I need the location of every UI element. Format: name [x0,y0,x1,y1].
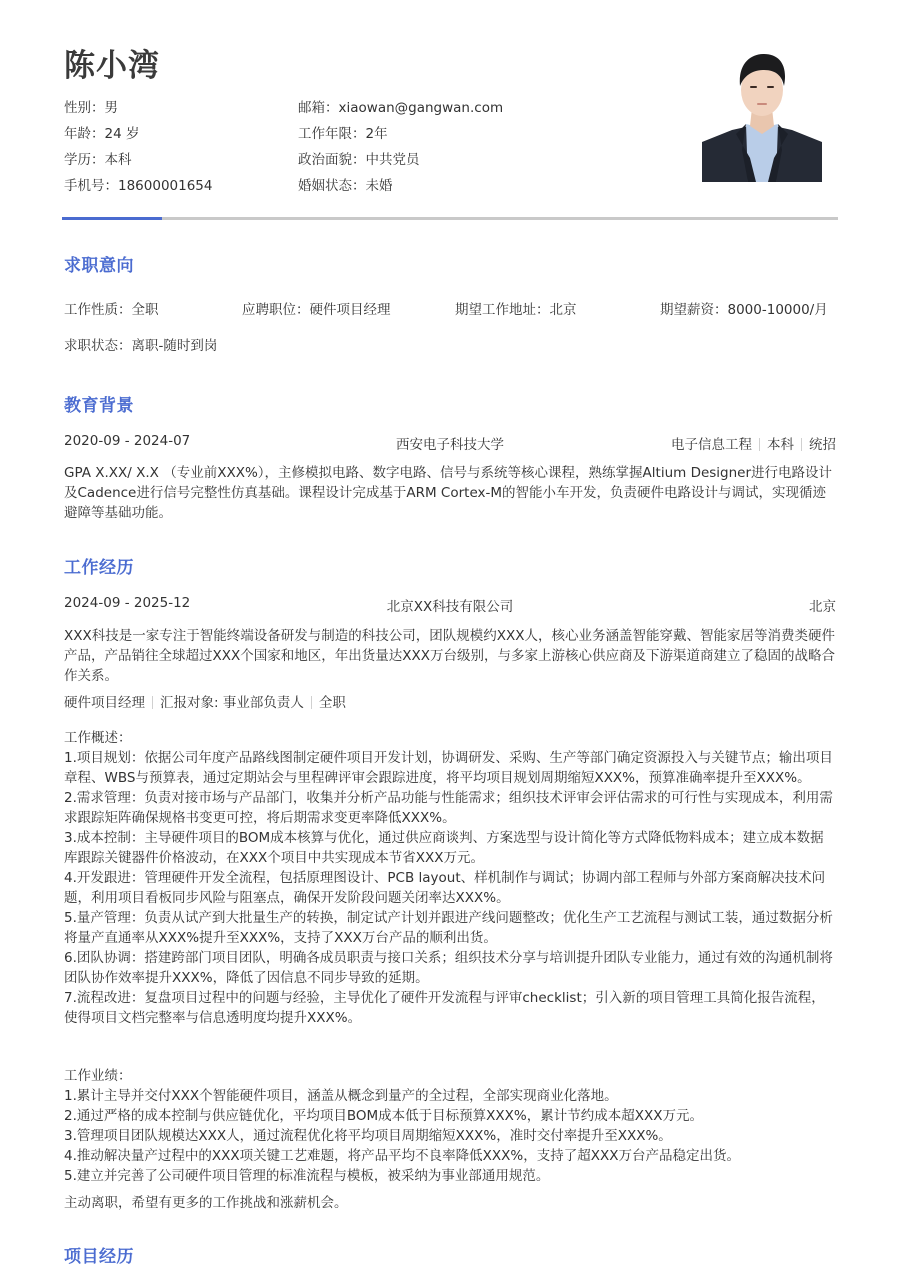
info-label: 性别： [64,100,105,116]
intent-location: 期望工作地址：北京 [455,298,577,318]
section-title-job-intent: 求职意向 [64,251,134,276]
info-value: 24 岁 [105,126,140,142]
info-political-status: 政治面貌：中共党员 [298,148,420,168]
info-value: 男 [105,100,119,116]
leave-reason: 主动离职，希望有更多的工作挑战和涨薪机会。 [64,1193,836,1213]
overview-item: 2.需求管理：负责对接市场与产品部门，收集并分析产品功能与性能需求；组织技术评审… [64,788,836,828]
education-major: 电子信息工程 [671,437,752,453]
intent-label: 求职状态： [64,338,132,354]
info-value: 18600001654 [118,178,212,194]
work-position: 硬件项目经理 [64,695,145,711]
section-title-work: 工作经历 [64,553,134,578]
achievement-item: 5.建立并完善了公司硬件项目管理的标准流程与模板，被采纳为事业部通用规范。 [64,1166,836,1186]
info-label: 政治面貌： [298,152,366,168]
info-age: 年龄：24 岁 [64,122,139,142]
intent-value: 全职 [132,302,159,318]
overview-item: 5.量产管理：负责从试产到大批量生产的转换，制定试产计划并跟进产线问题整改；优化… [64,908,836,948]
education-header-row: 2020-09 - 2024-07 西安电子科技大学 电子信息工程本科统招 [64,433,836,453]
education-tags: 电子信息工程本科统招 [671,433,836,453]
work-overview: 工作概述： 1.项目规划：依据公司年度产品路线图制定硬件项目开发计划，协调研发、… [64,728,836,1028]
work-role-tags: 硬件项目经理汇报对象: 事业部负责人全职 [64,693,836,713]
tag-separator [152,696,153,709]
intent-position: 应聘职位：硬件项目经理 [242,298,391,318]
info-value: 本科 [105,152,132,168]
person-portrait-icon [702,50,822,182]
overview-item: 1.项目规划：依据公司年度产品路线图制定硬件项目开发计划，协调研发、采购、生产等… [64,748,836,788]
info-value: xiaowan@gangwan.com [339,100,504,116]
intent-label: 应聘职位： [242,302,310,318]
intent-label: 期望薪资： [660,302,728,318]
work-header-row: 2024-09 - 2025-12 北京XX科技有限公司 北京 [64,595,836,615]
section-title-education: 教育背景 [64,391,134,416]
overview-item: 7.流程改进：复盘项目过程中的问题与经验，主导优化了硬件开发流程与评审check… [64,988,836,1028]
intent-value: 8000-10000/月 [728,302,828,318]
candidate-name: 陈小湾 [64,40,160,85]
achievement-item: 4.推动解决量产过程中的XXX项关键工艺难题，将产品平均不良率降低XXX%，支持… [64,1146,836,1166]
info-value: 中共党员 [366,152,420,168]
overview-item: 3.成本控制：主导硬件项目的BOM成本核算与优化，通过供应商谈判、方案选型与设计… [64,828,836,868]
education-degree: 本科 [767,437,794,453]
work-achievements: 工作业绩： 1.累计主导并交付XXX个智能硬件项目，涵盖从概念到量产的全过程，全… [64,1066,836,1186]
work-report-to: 汇报对象: 事业部负责人 [160,695,304,711]
intent-label: 期望工作地址： [455,302,550,318]
work-job-type: 全职 [319,695,346,711]
intent-status: 求职状态：离职-随时到岗 [64,334,217,354]
achievement-item: 2.通过严格的成本控制与供应链优化，平均项目BOM成本低于目标预算XXX%，累计… [64,1106,836,1126]
company-intro: XXX科技是一家专注于智能终端设备研发与制造的科技公司，团队规模约XXX人，核心… [64,626,836,686]
tag-separator [311,696,312,709]
info-value: 未婚 [366,178,393,194]
info-email: 邮箱：xiaowan@gangwan.com [298,96,503,116]
info-label: 工作年限： [298,126,366,142]
overview-item: 4.开发跟进：管理硬件开发全流程，包括原理图设计、PCB layout、样机制作… [64,868,836,908]
intent-value: 离职-随时到岗 [132,338,218,354]
overview-item: 6.团队协调：搭建跨部门项目团队，明确各成员职责与接口关系；组织技术分享与培训提… [64,948,836,988]
info-label: 学历： [64,152,105,168]
info-label: 年龄： [64,126,105,142]
info-education: 学历：本科 [64,148,132,168]
header-divider [62,217,838,220]
intent-salary: 期望薪资：8000-10000/月 [660,298,828,318]
resume-page: 陈小湾 性别：男 年龄：24 岁 学历：本科 手机号：18600001654 邮… [0,0,900,1275]
header-divider-accent [62,217,162,220]
achievement-item: 1.累计主导并交付XXX个智能硬件项目，涵盖从概念到量产的全过程，全部实现商业化… [64,1086,836,1106]
info-value: 2年 [366,126,388,142]
achievements-label: 工作业绩： [64,1066,836,1086]
info-label: 邮箱： [298,100,339,116]
intent-value: 北京 [550,302,577,318]
section-title-projects: 项目经历 [64,1242,134,1267]
overview-label: 工作概述： [64,728,836,748]
work-company: 北京XX科技有限公司 [64,595,836,615]
info-marital-status: 婚姻状态：未婚 [298,174,393,194]
tag-separator [801,438,802,451]
info-label: 婚姻状态： [298,178,366,194]
tag-separator [759,438,760,451]
education-enrollment: 统招 [809,437,836,453]
education-description: GPA X.XX/ X.X （专业前XXX%），主修模拟电路、数字电路、信号与系… [64,463,836,523]
profile-photo [702,50,822,182]
intent-value: 硬件项目经理 [310,302,391,318]
info-label: 手机号： [64,178,118,194]
work-location: 北京 [809,595,836,615]
achievement-item: 3.管理项目团队规模达XXX人，通过流程优化将平均项目周期缩短XXX%，准时交付… [64,1126,836,1146]
info-work-years: 工作年限：2年 [298,122,388,142]
intent-job-type: 工作性质：全职 [64,298,159,318]
info-phone: 手机号：18600001654 [64,174,212,194]
info-gender: 性别：男 [64,96,118,116]
intent-label: 工作性质： [64,302,132,318]
